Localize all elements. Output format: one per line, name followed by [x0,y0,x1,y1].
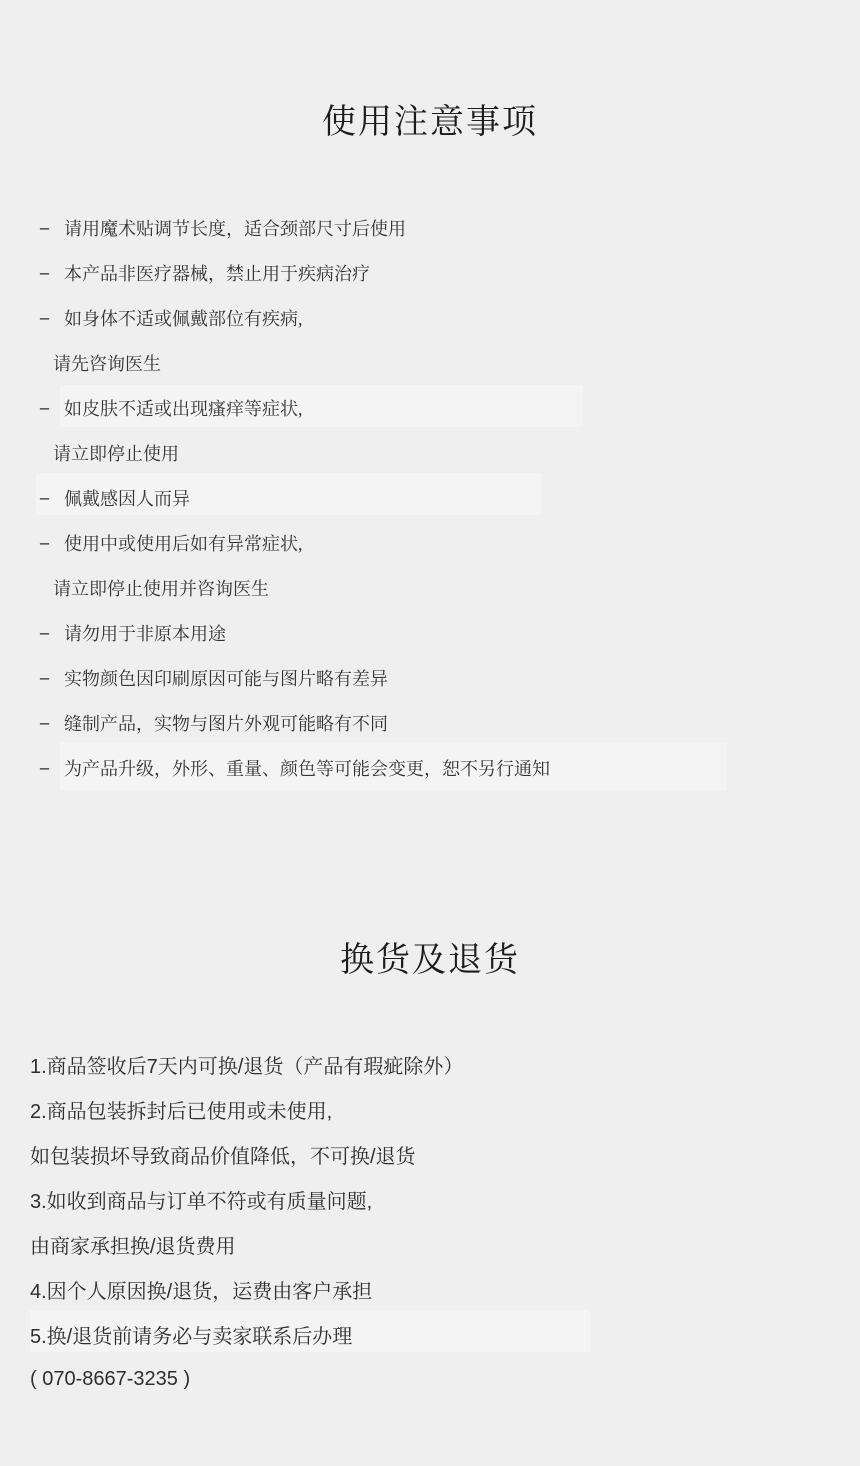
returns-line: 4.因个人原因换/退货，运费由客户承担 [30,1267,830,1312]
returns-policy-list: 1.商品签收后7天内可换/退货（产品有瑕疵除外） 2.商品包装拆封后已使用或未使… [30,1042,830,1402]
dash-bullet-icon: – [40,262,64,283]
notice-item: – 缝制产品，实物与图片外观可能略有不同 [40,700,820,745]
dash-bullet-icon: – [40,667,64,688]
dash-bullet-icon: – [40,397,64,418]
notice-item: – 使用中或使用后如有异常症状, [40,520,820,565]
notice-item: – 如身体不适或佩戴部位有疾病, [40,295,820,340]
notice-item-text: 缝制产品，实物与图片外观可能略有不同 [64,710,388,736]
returns-line-text: 5.换/退货前请务必与卖家联系后办理 [30,1320,352,1349]
dash-bullet-icon: – [40,487,64,508]
usage-notice-title: 使用注意事项 [0,100,860,145]
notice-item: – 佩戴感因人而异 [40,475,820,520]
notice-item: – 请勿用于非原本用途 [40,610,820,655]
notice-item-text: 请先咨询医生 [53,350,161,376]
notice-item-text: 本产品非医疗器械，禁止用于疾病治疗 [64,260,370,286]
usage-notice-list: – 请用魔术贴调节长度，适合颈部尺寸后使用 – 本产品非医疗器械，禁止用于疾病治… [40,205,820,790]
notice-item-text: 请立即停止使用并咨询医生 [53,575,269,601]
returns-line-text: 3.如收到商品与订单不符或有质量问题, [30,1185,372,1214]
notice-item: – 实物颜色因印刷原因可能与图片略有差异 [40,655,820,700]
returns-phone-text: ( 070-8667-3235 ) [30,1368,190,1391]
notice-item-text: 请立即停止使用 [53,440,179,466]
notice-item-text: 使用中或使用后如有异常症状, [64,530,303,556]
notice-item-text: 佩戴感因人而异 [64,485,190,511]
notice-item-continuation: 请先咨询医生 [40,340,820,385]
returns-line: 如包装损坏导致商品价值降低，不可换/退货 [30,1132,830,1177]
returns-phone-line: ( 070-8667-3235 ) [30,1357,830,1402]
returns-line: 由商家承担换/退货费用 [30,1222,830,1267]
dash-bullet-icon: – [40,622,64,643]
returns-line-text: 如包装损坏导致商品价值降低，不可换/退货 [30,1140,416,1169]
notice-item-text: 请用魔术贴调节长度，适合颈部尺寸后使用 [64,215,406,241]
dash-bullet-icon: – [40,712,64,733]
returns-title: 换货及退货 [0,938,860,983]
notice-item: – 如皮肤不适或出现瘙痒等症状, [40,385,820,430]
notice-item-text: 如身体不适或佩戴部位有疾病, [64,305,303,331]
dash-bullet-icon: – [40,532,64,553]
dash-bullet-icon: – [40,757,64,778]
notice-item: – 请用魔术贴调节长度，适合颈部尺寸后使用 [40,205,820,250]
notice-item: – 为产品升级，外形、重量、颜色等可能会变更，恕不另行通知 [40,745,820,790]
dash-bullet-icon: – [40,217,64,238]
notice-item-text: 实物颜色因印刷原因可能与图片略有差异 [64,665,388,691]
notice-item-continuation: 请立即停止使用 [40,430,820,475]
dash-bullet-icon: – [40,307,64,328]
returns-line-text: 2.商品包装拆封后已使用或未使用, [30,1095,332,1124]
notice-item-continuation: 请立即停止使用并咨询医生 [40,565,820,610]
notice-item: – 本产品非医疗器械，禁止用于疾病治疗 [40,250,820,295]
returns-line: 1.商品签收后7天内可换/退货（产品有瑕疵除外） [30,1042,830,1087]
returns-line-text: 由商家承担换/退货费用 [30,1230,236,1259]
returns-line-text: 4.因个人原因换/退货，运费由客户承担 [30,1275,372,1304]
notice-item-text: 请勿用于非原本用途 [64,620,226,646]
returns-line: 3.如收到商品与订单不符或有质量问题, [30,1177,830,1222]
product-notice-page: 使用注意事项 – 请用魔术贴调节长度，适合颈部尺寸后使用 – 本产品非医疗器械，… [0,0,860,1466]
returns-line: 5.换/退货前请务必与卖家联系后办理 [30,1312,830,1357]
returns-line: 2.商品包装拆封后已使用或未使用, [30,1087,830,1132]
returns-line-text: 1.商品签收后7天内可换/退货（产品有瑕疵除外） [30,1050,463,1079]
notice-item-text: 如皮肤不适或出现瘙痒等症状, [64,395,303,421]
notice-item-text: 为产品升级，外形、重量、颜色等可能会变更，恕不另行通知 [64,755,550,781]
